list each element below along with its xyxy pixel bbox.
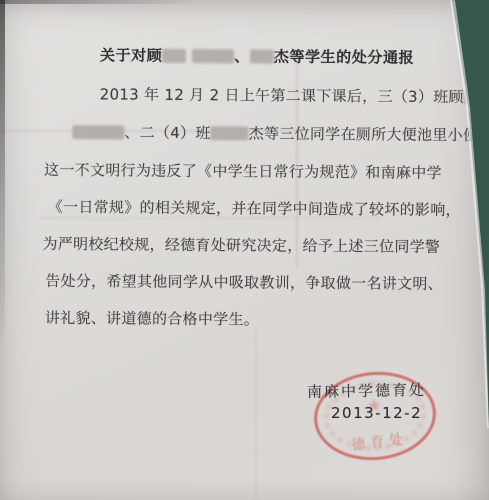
text-run: 关于对顾: [100, 46, 163, 64]
text-run: 、: [234, 47, 250, 65]
redaction-blur: [162, 48, 186, 62]
text-run: 杰等三位同学在厕所大便池里小便，: [249, 124, 489, 144]
signature-date: 2013-12-2: [331, 404, 422, 422]
redaction-blur: [250, 49, 274, 63]
text-run: 2013 年 12 月 2 日上午第二课下课后，三（3）班顾: [100, 85, 464, 106]
doc-line-1: 2013 年 12 月 2 日上午第二课下课后，三（3）班顾、: [100, 85, 489, 106]
doc-line-6: 告处分，希望其他同学从中吸取教训，争取做一名讲文明、: [45, 272, 443, 293]
text-run: 、二（4）班: [124, 124, 210, 143]
photo-edge-shadow: [0, 0, 5, 360]
photo-edge-shadow: [0, 0, 200, 4]
text-run: 《一日常规》的相关规定，并在同学中间造成了较坏的影响，: [48, 198, 461, 219]
stamp-label: 德育处: [345, 428, 409, 455]
signature-office: 南麻中学德育处: [307, 379, 426, 402]
photo-of-document: 关于对顾 、杰等学生的处分通报2013 年 12 月 2 日上午第二课下课后，三…: [0, 0, 489, 500]
text-run: 为严明校纪校规，经德育处研究决定，给予上述三位同学警: [42, 235, 440, 256]
paper-sheet: 关于对顾 、杰等学生的处分通报2013 年 12 月 2 日上午第二课下课后，三…: [0, 0, 489, 500]
text-run: 告处分，希望其他同学从中吸取教训，争取做一名讲文明、: [45, 272, 443, 293]
doc-line-2: 、二（4）班杰等三位同学在厕所大便池里小便，: [72, 123, 489, 144]
doc-line-5: 为严明校纪校规，经德育处研究决定，给予上述三位同学警: [42, 235, 440, 256]
redaction-blur: [72, 125, 124, 139]
doc-line-3: 这一不文明行为违反了《中学生日常行为规范》和南麻中学: [44, 161, 442, 182]
text-run: 讲礼貌、讲道德的合格中学生。: [45, 309, 259, 329]
doc-line-4: 《一日常规》的相关规定，并在同学中间造成了较坏的影响，: [48, 198, 461, 219]
text-run: 这一不文明行为违反了《中学生日常行为规范》和南麻中学: [44, 161, 442, 182]
doc-line-7: 讲礼貌、讲道德的合格中学生。: [45, 309, 259, 329]
redaction-blur: [192, 49, 234, 63]
doc-title: 关于对顾 、杰等学生的处分通报: [100, 46, 414, 66]
redaction-blur: [211, 126, 249, 140]
text-run: 杰等学生的处分通报: [274, 48, 415, 67]
